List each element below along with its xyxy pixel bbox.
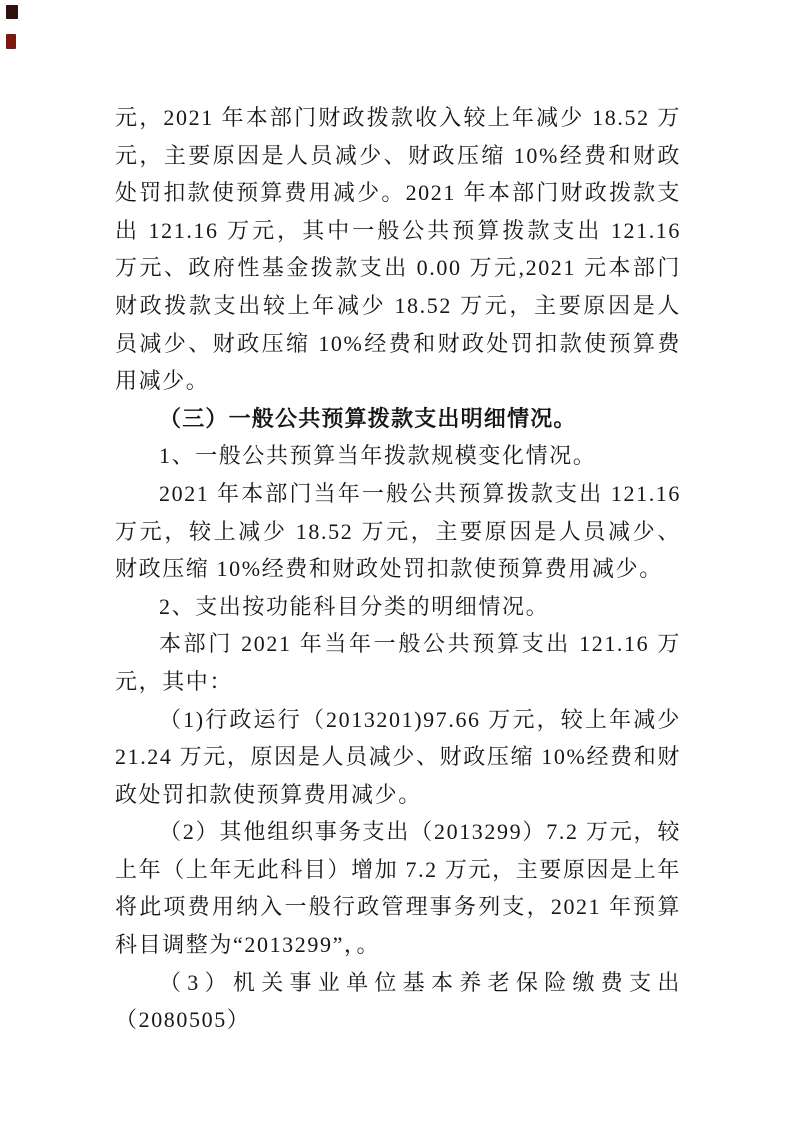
sub-item-pension-insurance-contribution: （3）机关事业单位基本养老保险缴费支出（2080505） — [115, 964, 681, 1039]
sub-item-administrative-operation: （1)行政运行（2013201)97.66 万元，较上年减少 21.24 万元，… — [115, 701, 681, 814]
scan-artifact-top-mark — [6, 5, 18, 19]
sub-item-other-organizational-affairs: （2）其他组织事务支出（2013299）7.2 万元，较上年（上年无此科目）增加… — [115, 813, 681, 963]
document-body: 元，2021 年本部门财政拨款收入较上年减少 18.52 万元，主要原因是人员减… — [115, 99, 681, 1039]
scan-artifact-bottom-mark — [6, 34, 16, 49]
paragraph-budget-total-intro: 本部门 2021 年当年一般公共预算支出 121.16 万元，其中： — [115, 625, 681, 700]
numbered-item-function-classification: 2、支出按功能科目分类的明细情况。 — [115, 588, 681, 626]
paragraph-current-year-allocation: 2021 年本部门当年一般公共预算拨款支出 121.16 万元，较上减少 18.… — [115, 475, 681, 588]
section-heading-budget-expenditure-detail: （三）一般公共预算拨款支出明细情况。 — [115, 400, 681, 438]
paragraph-fiscal-allocation-summary: 元，2021 年本部门财政拨款收入较上年减少 18.52 万元，主要原因是人员减… — [115, 99, 681, 400]
numbered-item-allocation-scale-change: 1、一般公共预算当年拨款规模变化情况。 — [115, 437, 681, 475]
document-page: 元，2021 年本部门财政拨款收入较上年减少 18.52 万元，主要原因是人员减… — [0, 0, 793, 1122]
